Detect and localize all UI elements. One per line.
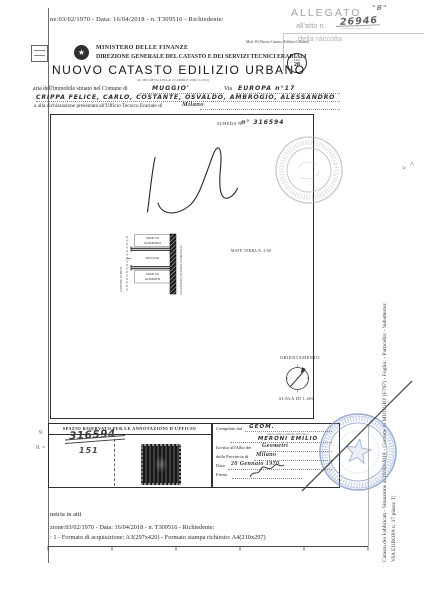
decl-line3-label: a alla dichiarazione presentata all'Uffi…: [34, 103, 162, 109]
compilato-value: GEOM.: [249, 424, 275, 430]
decl-ufficio-city: Milano: [182, 101, 204, 108]
footer-line-3: : 1 - Formato di acquisizione: A3(297x42…: [50, 534, 266, 541]
decl-owners-value: CRIPPA FELICE, CARLO, COSTANTE, OSVALDO,…: [36, 94, 335, 101]
edge-fragment-1: 9: [39, 430, 42, 436]
dotted-rule: [200, 109, 340, 110]
plan-mapp-note: MAPP. TERRA N. 2-69: [231, 249, 271, 253]
margin-text-address: VIA EUROPA n. 17 piano: T;: [391, 428, 397, 562]
atto-number: 26946: [340, 15, 379, 28]
scanned-cadastral-document: ne:03/02/1970 - Data: 16/04/2018 - n. T3…: [0, 0, 424, 600]
plan-label-bottom-1: PROP. DI: [136, 272, 169, 276]
decl-line1-label: aria dell'immobile situato nel Comune di: [33, 86, 128, 92]
footer-line-1: netria in atti: [50, 511, 81, 518]
decl-via-value: EUROPA n°17: [238, 85, 295, 92]
decl-comune-value: MUGGIO': [152, 85, 190, 92]
margin-mark-gt: >: [402, 165, 406, 172]
plan-label-top-1: PROP. DI: [136, 236, 169, 240]
scan-right-edge-line: [368, 424, 369, 546]
albo-value: Geometri: [262, 443, 288, 449]
plan-label-bottom-2: ALIMONTI: [136, 277, 169, 281]
form-code-box: [31, 45, 48, 62]
albo-label: Iscritto all'Albo dei: [216, 445, 252, 450]
scheda-number: n° 316594: [241, 119, 284, 126]
dotted-rule: [228, 469, 332, 470]
orientamento-label: ORIENTAMENTO: [280, 355, 320, 360]
page-title: NUOVO CATASTO EDILIZIO URBANO: [52, 63, 294, 77]
atto-label: all'atto n.: [296, 21, 326, 30]
ministry-line1: MINISTERO DELLE FINANZE: [96, 45, 188, 51]
dotted-rule: [232, 478, 302, 479]
firma-label: Firma: [216, 472, 227, 477]
margin-mark-caret: Λ: [410, 162, 414, 168]
footer-line-2: zione:03/02/1970 - Data: 16/04/2018 - n.…: [50, 524, 214, 531]
plan-label-top-2: RAIMONDI: [136, 241, 169, 245]
annotations-scrawl-number: 316594: [69, 428, 116, 442]
plan-label-mid: RIVOLTA: [136, 256, 169, 260]
scan-header-line: ne:03/02/1970 - Data: 16/04/2018 - n. T3…: [50, 16, 224, 23]
revenue-stamp: [141, 444, 181, 485]
mod-label: Mod. B (Nuovo Catasto Edilizio Urbano): [246, 40, 309, 44]
ministry-line2: DIREZIONE GENERALE DEL CATASTO E DEI SER…: [96, 53, 306, 60]
compilato-label: Compilato dal: [216, 426, 242, 431]
edge-fragment-2: 9. =: [36, 445, 45, 451]
scala-label: SCALA DI 1:200: [279, 396, 314, 401]
footer-ruler-line: [48, 546, 368, 547]
state-emblem-icon: ★: [74, 45, 89, 60]
plan-left-note: CONFINE DI PROP.: [119, 240, 123, 292]
annotations-side-number: 151: [79, 446, 99, 455]
annotations-divider: [114, 434, 115, 486]
data-label: Data: [216, 463, 225, 468]
provincia-label: della Provincia di: [216, 454, 248, 459]
decl-via-label: Via: [224, 86, 232, 92]
allegato-quote: "B": [372, 4, 388, 12]
scheda-label: SCHEDA N.: [217, 121, 243, 126]
tech-name-value: MERONI EMILIO: [242, 436, 334, 442]
data-value: 20 Gennaio 1970: [231, 461, 279, 467]
provincia-value: Milano: [256, 452, 276, 458]
plan-street-label: VIA EUROPA (STRADA COMUNALE): [179, 233, 183, 295]
margin-text-main: Catasto dei Fabbricati - Situazione al 1…: [382, 148, 388, 562]
page-subtitle: (R. DECRETO-LEGGE 13 APRILE 1939, N. 652…: [52, 78, 294, 82]
